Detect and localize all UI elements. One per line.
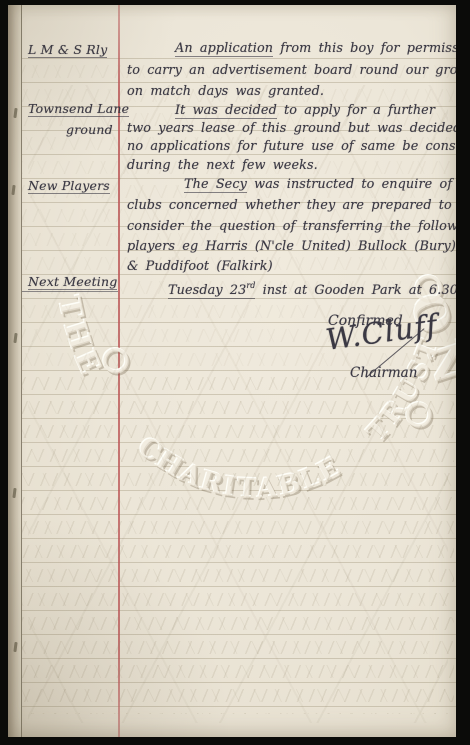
minute-line: to carry an advertisement board round ou…: [127, 62, 456, 79]
minute-line: & Puddifoot (Falkirk): [127, 258, 273, 275]
minute-line: during the next few weeks.: [127, 157, 318, 174]
margin-note-label: Townsend Lane: [28, 101, 129, 117]
minute-line: An application from this boy for permiss…: [175, 40, 456, 57]
margin-note: New Players: [28, 177, 110, 194]
margin-note: Next Meeting: [28, 273, 117, 290]
margin-note-label: New Players: [28, 178, 110, 194]
chairman-role-label: Chairman: [350, 365, 417, 381]
minute-book-page: THE CHARITABLE TRUST ON: [8, 5, 456, 737]
margin-note: L M & S Rly: [28, 41, 107, 58]
minute-line: consider the question of transferring th…: [127, 218, 456, 235]
minute-line: clubs concerned whether they are prepare…: [127, 197, 452, 214]
margin-note-label: L M & S Rly: [28, 42, 107, 58]
minute-line: players eg Harris (N'cle United) Bullock…: [127, 238, 456, 255]
scanned-minute-book: THE CHARITABLE TRUST ON: [0, 0, 470, 745]
minute-line: no applications for future use of same b…: [127, 138, 456, 155]
minute-line: two years lease of this ground but was d…: [127, 120, 456, 137]
minute-line: on match days was granted.: [127, 83, 324, 100]
minute-line: Tuesday 23rd inst at Gooden Park at 6.30…: [168, 277, 456, 299]
margin-note-label: Next Meeting: [28, 274, 117, 290]
minute-line: The Secy was instructed to enquire of th…: [184, 176, 456, 193]
margin-underline-flourish: [16, 291, 118, 292]
margin-note-sub: ground: [66, 121, 113, 138]
margin-note: Townsend Lane: [28, 100, 129, 117]
bleed-through-texture: [22, 370, 454, 714]
minute-line: It was decided to apply for a further: [175, 102, 435, 119]
